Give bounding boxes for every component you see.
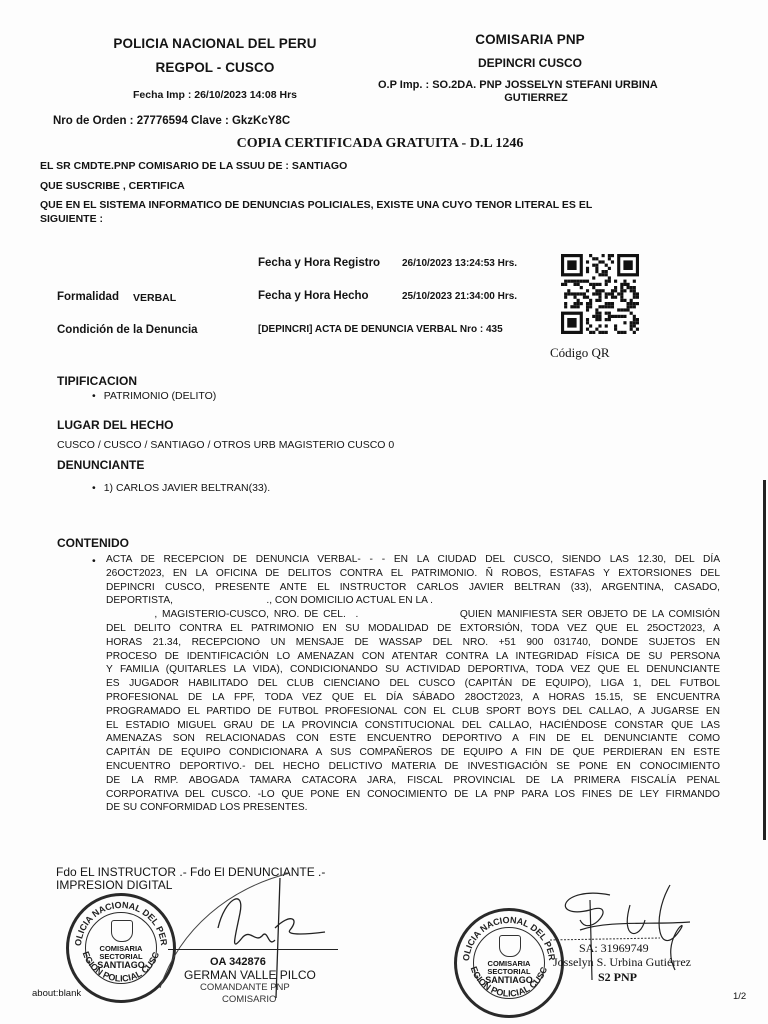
- printed-by-cont: GUTIERREZ: [420, 92, 652, 104]
- station-name: COMISARIA PNP: [420, 32, 640, 47]
- qr-code-icon: [561, 254, 639, 334]
- contenido-line: ENCUENTRO DEPORTIVO.- DEL HECHO DELICTIV…: [106, 760, 720, 774]
- tipificacion-title: TIPIFICACION: [57, 374, 137, 388]
- registro-label: Fecha y Hora Registro: [258, 257, 380, 269]
- print-date: Fecha Imp : 26/10/2023 14:08 Hrs: [100, 89, 330, 101]
- condicion-value: [DEPINCRI] ACTA DE DENUNCIA VERBAL Nro :…: [258, 324, 503, 335]
- condicion-label: Condición de la Denuncia: [57, 324, 198, 336]
- contenido-line: ACTA DE RECEPCION DE DENUNCIA VERBAL- - …: [106, 553, 720, 567]
- contenido-title: CONTENIDO: [57, 536, 129, 550]
- qr-label: Código QR: [550, 345, 610, 361]
- signature-line-left: [168, 949, 338, 950]
- region-name: REGPOL - CUSCO: [100, 60, 330, 75]
- formalidad-label: Formalidad: [57, 291, 119, 303]
- contenido-line: PROFESIONAL DE LA FPF, TODA VEZ QUE EL D…: [106, 691, 720, 705]
- contenido-bullet: •: [92, 555, 96, 567]
- lugar-title: LUGAR DEL HECHO: [57, 418, 173, 432]
- qr-code: [561, 254, 639, 334]
- contenido-line: DEPINCRI CUSCO, PRESENTE ANTE EL INSTRUC…: [106, 581, 720, 595]
- signer-right-id: SA: 31969749: [579, 941, 649, 956]
- signer-right-name: Josselyn S. Urbina Gutiérrez: [553, 955, 691, 970]
- contenido-line: CORPORATIVA DEL CUSCO. -LO QUE PONE EN C…: [106, 788, 720, 802]
- certificate-title: COPIA CERTIFICADA GRATUITA - D.L 1246: [100, 136, 660, 152]
- page-number: 1/2: [733, 991, 746, 1002]
- contenido-line: 26OCT2023, EN LA OFICINA DE DELITOS CONT…: [106, 567, 720, 581]
- contenido-line: DEL DELITO CONTRA EL PATRIMONIO EN SU MO…: [106, 622, 720, 636]
- contenido-line: DE LA RMP. ABOGADA TAMARA CATACORA JARA,…: [106, 774, 720, 788]
- contenido-line: CAPITÁN DE EQUIPO CONDICIONARA A SUS COM…: [106, 746, 720, 760]
- order-number: Nro de Orden : 27776594 Clave : GkzKcY8C: [53, 115, 290, 127]
- footer-url: about:blank: [32, 988, 81, 999]
- hecho-label: Fecha y Hora Hecho: [258, 290, 369, 302]
- signer-left-rank: COMANDANTE PNP: [200, 982, 290, 993]
- contenido-line: AMENAZAS SON RELACIONADAS CON ESTE ENCUE…: [106, 732, 720, 746]
- certificate-line-1: EL SR CMDTE.PNP COMISARIO DE LA SSUU DE …: [40, 160, 347, 172]
- contenido-line: , MAGISTERIO-CUSCO, NRO. DE CEL. . QUIEN…: [106, 608, 720, 622]
- contenido-text: ACTA DE RECEPCION DE DENUNCIA VERBAL- - …: [106, 553, 720, 815]
- certificate-line-2: QUE SUSCRIBE , CERTIFICA: [40, 180, 185, 192]
- tipificacion-item: PATRIMONIO (DELITO): [92, 390, 216, 402]
- hecho-value: 25/10/2023 21:34:00 Hrs.: [402, 291, 517, 302]
- contenido-line: ES JUGADOR HABILITADO DEL CLUB CIENCIANO…: [106, 677, 720, 691]
- stamp-center-text-left: COMISARIA SECTORIAL SANTIAGO: [91, 945, 151, 969]
- registro-value: 26/10/2023 13:24:53 Hrs.: [402, 258, 517, 269]
- stamp-center-text-right: COMISARIA SECTORIAL SANTIAGO: [479, 960, 539, 984]
- denunciante-title: DENUNCIANTE: [57, 458, 144, 472]
- signer-left-role: COMISARIO: [222, 994, 276, 1005]
- contenido-line: Y FAMILIA (QUITARLES LA VIDA), CONDICION…: [106, 663, 720, 677]
- scan-edge: [763, 480, 766, 840]
- contenido-line: PROGRAMADO EL PARTIDO DE FUTBOL PROFESIO…: [106, 705, 720, 719]
- signer-left-name: GERMAN VALLE PILCO: [184, 968, 316, 982]
- official-stamp-right: POLICIA NACIONAL DEL PERU REGION POLICIA…: [454, 908, 564, 1018]
- lugar-value: CUSCO / CUSCO / SANTIAGO / OTROS URB MAG…: [57, 439, 394, 451]
- contenido-line: DE SU CONFORMIDAD LOS PRESENTES.: [106, 801, 720, 815]
- signer-left-id: OA 342876: [210, 956, 266, 968]
- contenido-line: PROCESO DE IDENTIFICACIÓN LO AMENAZAN CO…: [106, 650, 720, 664]
- certificate-line-3: QUE EN EL SISTEMA INFORMATICO DE DENUNCI…: [40, 199, 592, 211]
- signer-right-rank: S2 PNP: [598, 970, 637, 985]
- org-name: POLICIA NACIONAL DEL PERU: [100, 36, 330, 51]
- contenido-line: DEPORTISTA, ., CON DOMICILIO ACTUAL EN L…: [106, 594, 720, 608]
- shield-icon: [111, 920, 133, 942]
- contenido-line: EL ESTADIO MIGUEL GRAU DE LA PROVINCIA C…: [106, 719, 720, 733]
- contenido-line: HORAS 21.34, RECEPCIONO UN MENSAJE DE WA…: [106, 636, 720, 650]
- shield-icon: [499, 935, 521, 957]
- certificate-line-4: SIGUIENTE :: [40, 213, 103, 225]
- denunciante-item: 1) CARLOS JAVIER BELTRAN(33).: [92, 482, 270, 494]
- formalidad-value: VERBAL: [133, 292, 176, 304]
- printed-by: O.P Imp. : SO.2DA. PNP JOSSELYN STEFANI …: [378, 79, 658, 91]
- unit-name: DEPINCRI CUSCO: [420, 56, 640, 70]
